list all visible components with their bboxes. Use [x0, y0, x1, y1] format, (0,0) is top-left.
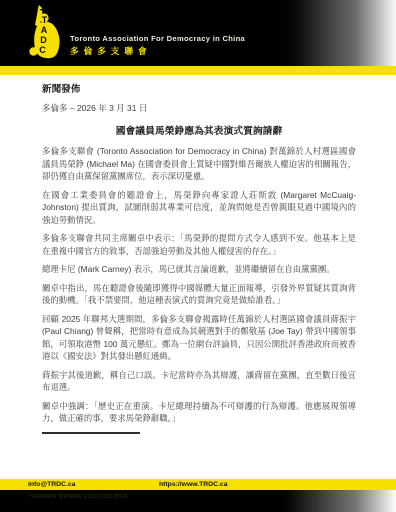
body-paragraph: 關卓中強調：「歷史正在重演。卡尼總理持續為不可辯護的行為辯護。他應展現領導力，做…: [42, 400, 356, 425]
press-release-content: 新聞發佈 多倫多 – 2026 年 3 月 31 日 國會議員馬榮錚應為其表演式…: [0, 75, 396, 434]
letterhead-header: T A D C Toronto Association For Democrac…: [0, 0, 396, 66]
body-paragraph: 多倫多支聯會共同主席關卓中表示：「馬榮錚的提問方式令人感到不安。他基本上是在重複…: [42, 232, 356, 257]
svg-text:A: A: [41, 25, 48, 35]
tadc-logo-icon: T A D C: [27, 5, 65, 61]
contact-email-link[interactable]: info@TRDC.ca: [28, 479, 75, 490]
header-yellow-rule: [0, 66, 396, 75]
dateline: 多倫多 – 2026 年 3 月 31 日: [42, 102, 356, 114]
body-paragraph: 關卓中指出，馬在聽證會後隨即獲得中國媒體大量正面報導，引發外界質疑其質詢背後的動…: [42, 282, 356, 307]
end-divider: [42, 432, 140, 434]
body-paragraph: 蔣振宇其後道歉，稱自己口誤。卡尼當時亦為其辯護，讓蔣留在黨團，直至數日後宣布退選…: [42, 369, 356, 394]
org-name-english: Toronto Association For Democracy in Chi…: [70, 34, 245, 43]
press-release-label: 新聞發佈: [42, 81, 356, 95]
org-name-chinese: 多倫多支聯會: [70, 45, 152, 57]
press-release-page: T A D C Toronto Association For Democrac…: [0, 0, 396, 512]
svg-text:C: C: [39, 45, 46, 55]
svg-text:D: D: [40, 35, 47, 45]
footer-contact-bar: info@TRDC.ca https://www.TRDC.ca: [0, 479, 396, 490]
press-release-body: 多倫多支聯會 (Toronto Association for Democrac…: [42, 145, 356, 425]
body-paragraph: 在國會工業委員會的聽證會上，馬榮錚向專家證人莊斯敦 (Margaret McCu…: [42, 189, 356, 227]
watermark-text: Freedoms Michelle 20220331.docx: [28, 494, 128, 500]
svg-text:T: T: [42, 15, 48, 25]
website-url-link[interactable]: https://www.TRDC.ca: [159, 479, 227, 490]
body-paragraph: 總理卡尼 (Mark Carney) 表示，馬已就其言論道歉，並將繼續留在自由黨…: [42, 263, 356, 276]
body-paragraph: 回顧 2025 年聯邦大選期間，多倫多支聯會揭露時任萬錦於人村選區國會議員蔣振宇…: [42, 313, 356, 363]
headline: 國會議員馬榮錚應為其表演式質詢請辭: [42, 123, 356, 137]
footer-bottom-bar: Freedoms Michelle 20220331.docx: [0, 490, 396, 512]
body-paragraph: 多倫多支聯會 (Toronto Association for Democrac…: [42, 145, 356, 183]
